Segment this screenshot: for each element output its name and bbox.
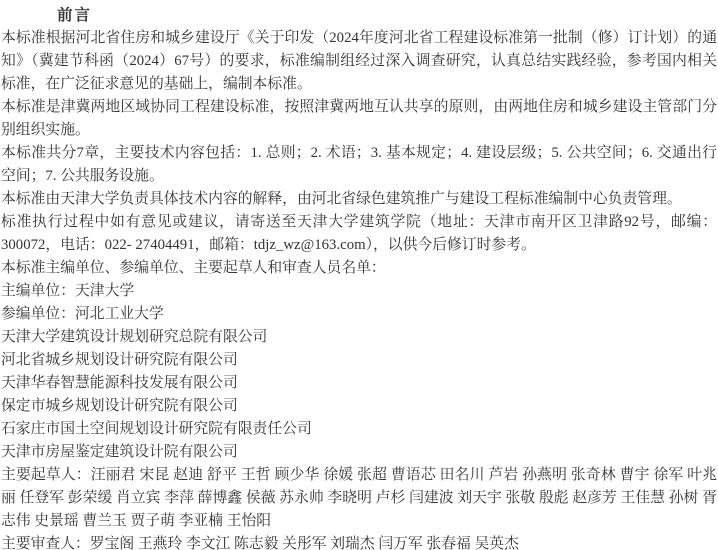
participating-unit: 石家庄市国土空间规划设计研究院有限责任公司 [1,418,717,441]
preface-paragraph-joint-standard: 本标准是津冀两地区域协同工程建设标准，按照津冀两地互认共享的原则，由两地住房和城… [1,96,717,142]
participating-unit: 保定市城乡规划设计研究院有限公司 [1,395,717,418]
preface-document: 前言 本标准根据河北省住房和城乡建设厅《关于印发（2024年度河北省工程建设标准… [0,0,718,550]
preface-paragraph-interpretation: 本标准由天津大学负责具体技术内容的解释，由河北省绿色建筑推广与建设工程标准编制中… [1,188,717,211]
main-reviewers-list: 主要审查人：罗宝阁 王燕玲 李文江 陈志毅 关彤军 刘瑞杰 闫万军 张春福 吴英… [1,533,717,550]
participating-unit: 天津大学建筑设计规划研究总院有限公司 [1,326,717,349]
main-drafters-list: 主要起草人：汪丽君 宋昆 赵迪 舒平 王哲 顾少华 徐媛 张超 曹语芯 田名川 … [1,464,717,533]
page-title: 前言 [1,4,717,27]
preface-paragraph-basis: 本标准根据河北省住房和城乡建设厅《关于印发（2024年度河北省工程建设标准第一批… [1,27,717,96]
preface-paragraph-feedback-address: 标准执行过程中如有意见或建议，请寄送至天津大学建筑学院（地址：天津市南开区卫津路… [1,211,717,257]
participating-unit: 天津市房屋鉴定建筑设计院有限公司 [1,441,717,464]
participating-unit: 天津华春智慧能源科技发展有限公司 [1,372,717,395]
preface-paragraph-chapters: 本标准共分7章，主要技术内容包括：1. 总则；2. 术语；3. 基本规定；4. … [1,142,717,188]
participating-editor-unit: 参编单位：河北工业大学 [1,303,717,326]
chief-editor-unit: 主编单位：天津大学 [1,280,717,303]
preface-paragraph-roster-intro: 本标准主编单位、参编单位、主要起草人和审查人员名单： [1,257,717,280]
participating-unit: 河北省城乡规划设计研究院有限公司 [1,349,717,372]
